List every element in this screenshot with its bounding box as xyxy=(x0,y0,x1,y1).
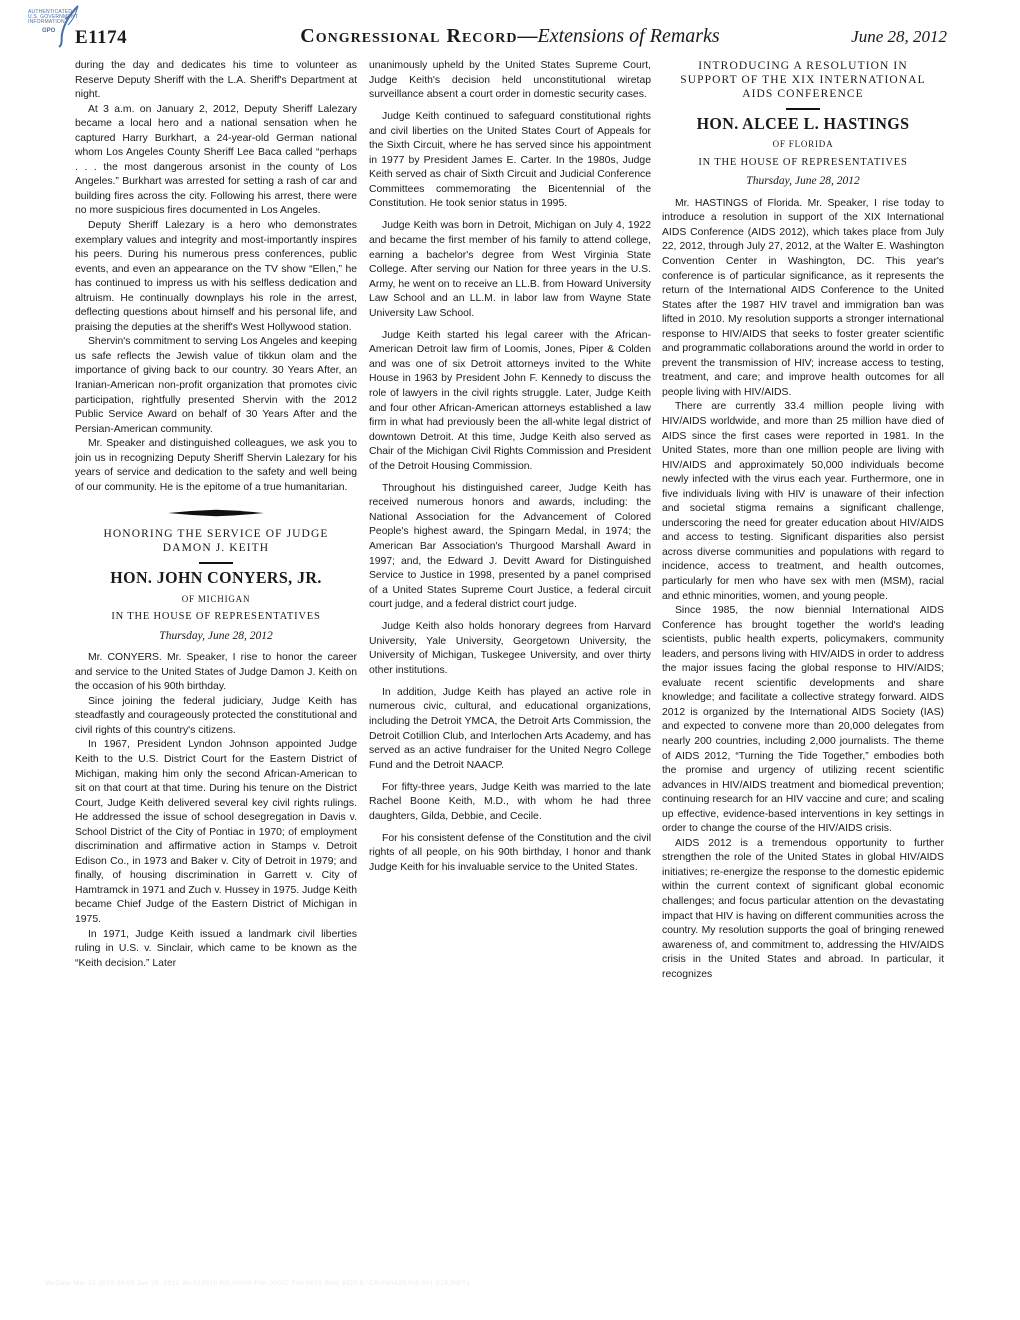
print-job-footer: VerDate Mar 15 2010 04:09 Jun 29, 2012 J… xyxy=(45,1280,980,1287)
title-rule xyxy=(786,108,820,110)
paragraph: Judge Keith also holds honorary degrees … xyxy=(369,620,651,678)
masthead-dash: — xyxy=(518,25,538,47)
paragraph: Judge Keith started his legal career wit… xyxy=(369,329,651,474)
session-date: Thursday, June 28, 2012 xyxy=(662,174,944,189)
keith-article-header: HONORING THE SERVICE OF JUDGE DAMON J. K… xyxy=(75,509,357,643)
paragraph: Mr. HASTINGS of Florida. Mr. Speaker, I … xyxy=(662,197,944,401)
chamber-line: IN THE HOUSE OF REPRESENTATIVES xyxy=(662,156,944,171)
speaker-name: HON. JOHN CONYERS, JR. xyxy=(75,572,357,587)
column-1: during the day and dedicates his time to… xyxy=(75,59,357,1244)
speaker-name: HON. ALCEE L. HASTINGS xyxy=(662,117,944,132)
keith-col2-paragraphs: unanimously upheld by the United States … xyxy=(369,59,651,875)
paragraph: Judge Keith was born in Detroit, Michiga… xyxy=(369,219,651,321)
paragraph: during the day and dedicates his time to… xyxy=(75,59,357,103)
masthead-title: Congressional Record xyxy=(300,25,517,47)
article-title: HONORING THE SERVICE OF JUDGE DAMON J. K… xyxy=(81,527,351,555)
paragraph: There are currently 33.4 million people … xyxy=(662,400,944,604)
swelled-rule-divider xyxy=(168,509,264,517)
column-3: INTRODUCING A RESOLUTION IN SUPPORT OF T… xyxy=(662,59,944,1244)
speaker-state: OF FLORIDA xyxy=(662,137,944,152)
chamber-line: IN THE HOUSE OF REPRESENTATIVES xyxy=(75,610,357,625)
aids-article-header: INTRODUCING A RESOLUTION IN SUPPORT OF T… xyxy=(662,59,944,189)
paragraph: AIDS 2012 is a tremendous opportunity to… xyxy=(662,837,944,982)
issue-date: June 28, 2012 xyxy=(851,27,947,47)
lalezary-continuation-paragraphs: during the day and dedicates his time to… xyxy=(75,59,357,495)
paragraph: At 3 a.m. on January 2, 2012, Deputy She… xyxy=(75,103,357,219)
paragraph: Deputy Sheriff Lalezary is a hero who de… xyxy=(75,219,357,335)
paragraph: For fifty-three years, Judge Keith was m… xyxy=(369,781,651,825)
title-rule xyxy=(199,562,233,564)
column-2: unanimously upheld by the United States … xyxy=(369,59,651,1244)
paragraph: Shervin's commitment to serving Los Ange… xyxy=(75,335,357,437)
paragraph: For his consistent defense of the Consti… xyxy=(369,832,651,876)
session-date: Thursday, June 28, 2012 xyxy=(75,629,357,644)
keith-col1-paragraphs: Mr. CONYERS. Mr. Speaker, I rise to hono… xyxy=(75,651,357,971)
paragraph: In 1971, Judge Keith issued a landmark c… xyxy=(75,928,357,972)
paragraph: Since joining the federal judiciary, Jud… xyxy=(75,695,357,739)
masthead-section: Extensions of Remarks xyxy=(538,25,720,47)
paragraph: Mr. CONYERS. Mr. Speaker, I rise to hono… xyxy=(75,651,357,695)
paragraph: In addition, Judge Keith has played an a… xyxy=(369,686,651,773)
paragraph: Judge Keith continued to safeguard const… xyxy=(369,110,651,212)
aids-paragraphs: Mr. HASTINGS of Florida. Mr. Speaker, I … xyxy=(662,197,944,983)
paragraph: Mr. Speaker and distinguished colleagues… xyxy=(75,437,357,495)
paragraph: In 1967, President Lyndon Johnson appoin… xyxy=(75,738,357,927)
paragraph: Throughout his distinguished career, Jud… xyxy=(369,482,651,613)
congressional-record-page: AUTHENTICATED U.S. GOVERNMENT INFORMATIO… xyxy=(0,0,1020,1320)
paragraph: unanimously upheld by the United States … xyxy=(369,59,651,103)
paragraph: Since 1985, the now biennial Internation… xyxy=(662,604,944,837)
article-title: INTRODUCING A RESOLUTION IN SUPPORT OF T… xyxy=(668,59,938,101)
speaker-state: OF MICHIGAN xyxy=(75,592,357,607)
